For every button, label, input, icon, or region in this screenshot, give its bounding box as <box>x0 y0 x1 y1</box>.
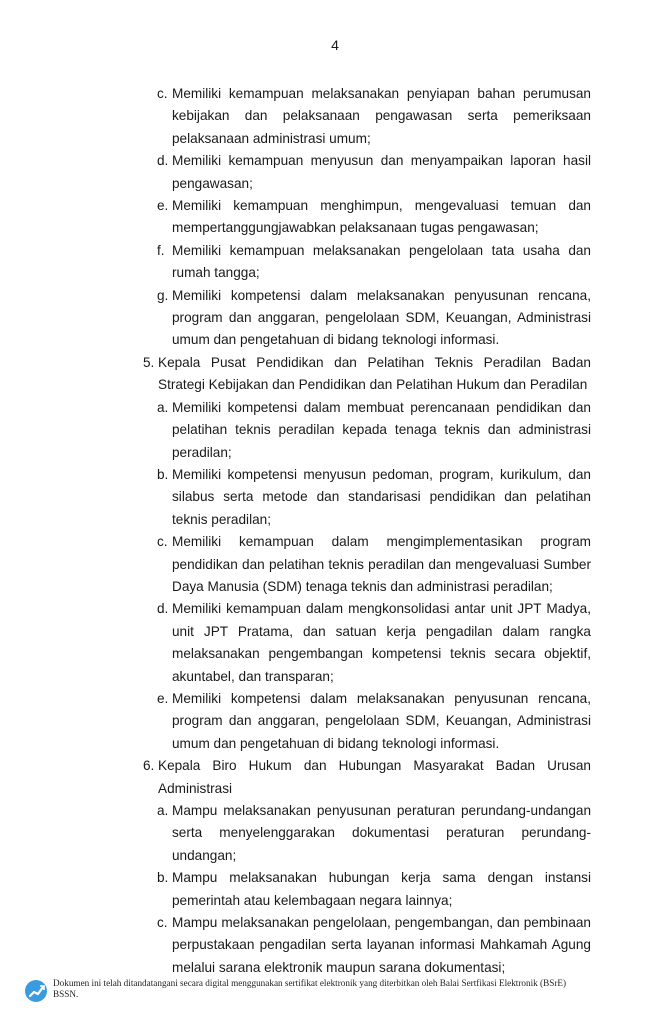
lettered-item: d.Memiliki kemampuan dalam mengkonsolida… <box>172 598 591 688</box>
list-marker: a. <box>157 397 168 419</box>
lettered-item: c.Memiliki kemampuan melaksanakan penyia… <box>172 83 591 150</box>
numbered-item: 6.Kepala Biro Hukum dan Hubungan Masyara… <box>158 755 591 800</box>
list-marker: a. <box>157 800 168 822</box>
lettered-item: c.Memiliki kemampuan dalam mengimplement… <box>172 531 591 598</box>
item-text: Memiliki kemampuan melaksanakan penyiapa… <box>172 86 591 146</box>
item-text: Mampu melaksanakan pengelolaan, pengemba… <box>172 915 591 975</box>
item-text: Kepala Pusat Pendidikan dan Pelatihan Te… <box>158 355 591 392</box>
signature-notice-line2: BSSN. <box>53 989 663 1000</box>
list-marker: 5. <box>143 352 154 374</box>
item-text: Memiliki kemampuan menyusun dan menyampa… <box>172 153 591 190</box>
lettered-item: g.Memiliki kompetensi dalam melaksanakan… <box>172 285 591 352</box>
item-text: Mampu melaksanakan hubungan kerja sama d… <box>172 870 591 907</box>
signature-notice: Dokumen ini telah ditandatangani secara … <box>53 978 663 999</box>
list-marker: b. <box>157 464 168 486</box>
item-text: Memiliki kompetensi dalam melaksanakan p… <box>172 288 591 348</box>
item-text: Memiliki kemampuan menghimpun, mengevalu… <box>172 198 591 235</box>
lettered-item: c.Mampu melaksanakan pengelolaan, pengem… <box>172 912 591 979</box>
numbered-item: 5.Kepala Pusat Pendidikan dan Pelatihan … <box>158 352 591 397</box>
signature-notice-line1: Dokumen ini telah ditandatangani secara … <box>53 978 663 989</box>
list-marker: d. <box>157 150 168 172</box>
item-text: Mampu melaksanakan penyusunan peraturan … <box>172 803 591 863</box>
list-marker: e. <box>157 688 168 710</box>
item-text: Memiliki kemampuan melaksanakan pengelol… <box>172 243 591 280</box>
item-text: Memiliki kemampuan dalam mengkonsolidasi… <box>172 601 591 683</box>
lettered-item: b.Mampu melaksanakan hubungan kerja sama… <box>172 867 591 912</box>
list-marker: c. <box>157 531 168 553</box>
list-marker: c. <box>157 83 168 105</box>
lettered-item: e.Memiliki kemampuan menghimpun, mengeva… <box>172 195 591 240</box>
item-text: Memiliki kemampuan dalam mengimplementas… <box>172 534 591 594</box>
item-text: Memiliki kompetensi dalam membuat perenc… <box>172 400 591 460</box>
list-marker: e. <box>157 195 168 217</box>
document-body: c.Memiliki kemampuan melaksanakan penyia… <box>0 83 670 979</box>
bsre-signature-icon <box>25 980 47 1002</box>
lettered-item: a.Mampu melaksanakan penyusunan peratura… <box>172 800 591 867</box>
list-marker: d. <box>157 598 168 620</box>
item-text: Memiliki kompetensi menyusun pedoman, pr… <box>172 467 591 527</box>
lettered-item: d.Memiliki kemampuan menyusun dan menyam… <box>172 150 591 195</box>
list-marker: 6. <box>143 755 154 777</box>
list-marker: c. <box>157 912 168 934</box>
item-text: Kepala Biro Hukum dan Hubungan Masyaraka… <box>158 758 591 795</box>
list-marker: b. <box>157 867 168 889</box>
lettered-item: a.Memiliki kompetensi dalam membuat pere… <box>172 397 591 464</box>
item-text: Memiliki kompetensi dalam melaksanakan p… <box>172 691 591 751</box>
digital-signature-footer: Dokumen ini telah ditandatangani secara … <box>25 978 665 1008</box>
list-marker: f. <box>157 240 165 262</box>
lettered-item: e.Memiliki kompetensi dalam melaksanakan… <box>172 688 591 755</box>
lettered-item: b.Memiliki kompetensi menyusun pedoman, … <box>172 464 591 531</box>
lettered-item: f.Memiliki kemampuan melaksanakan pengel… <box>172 240 591 285</box>
page-number: 4 <box>0 37 670 53</box>
list-marker: g. <box>157 285 168 307</box>
